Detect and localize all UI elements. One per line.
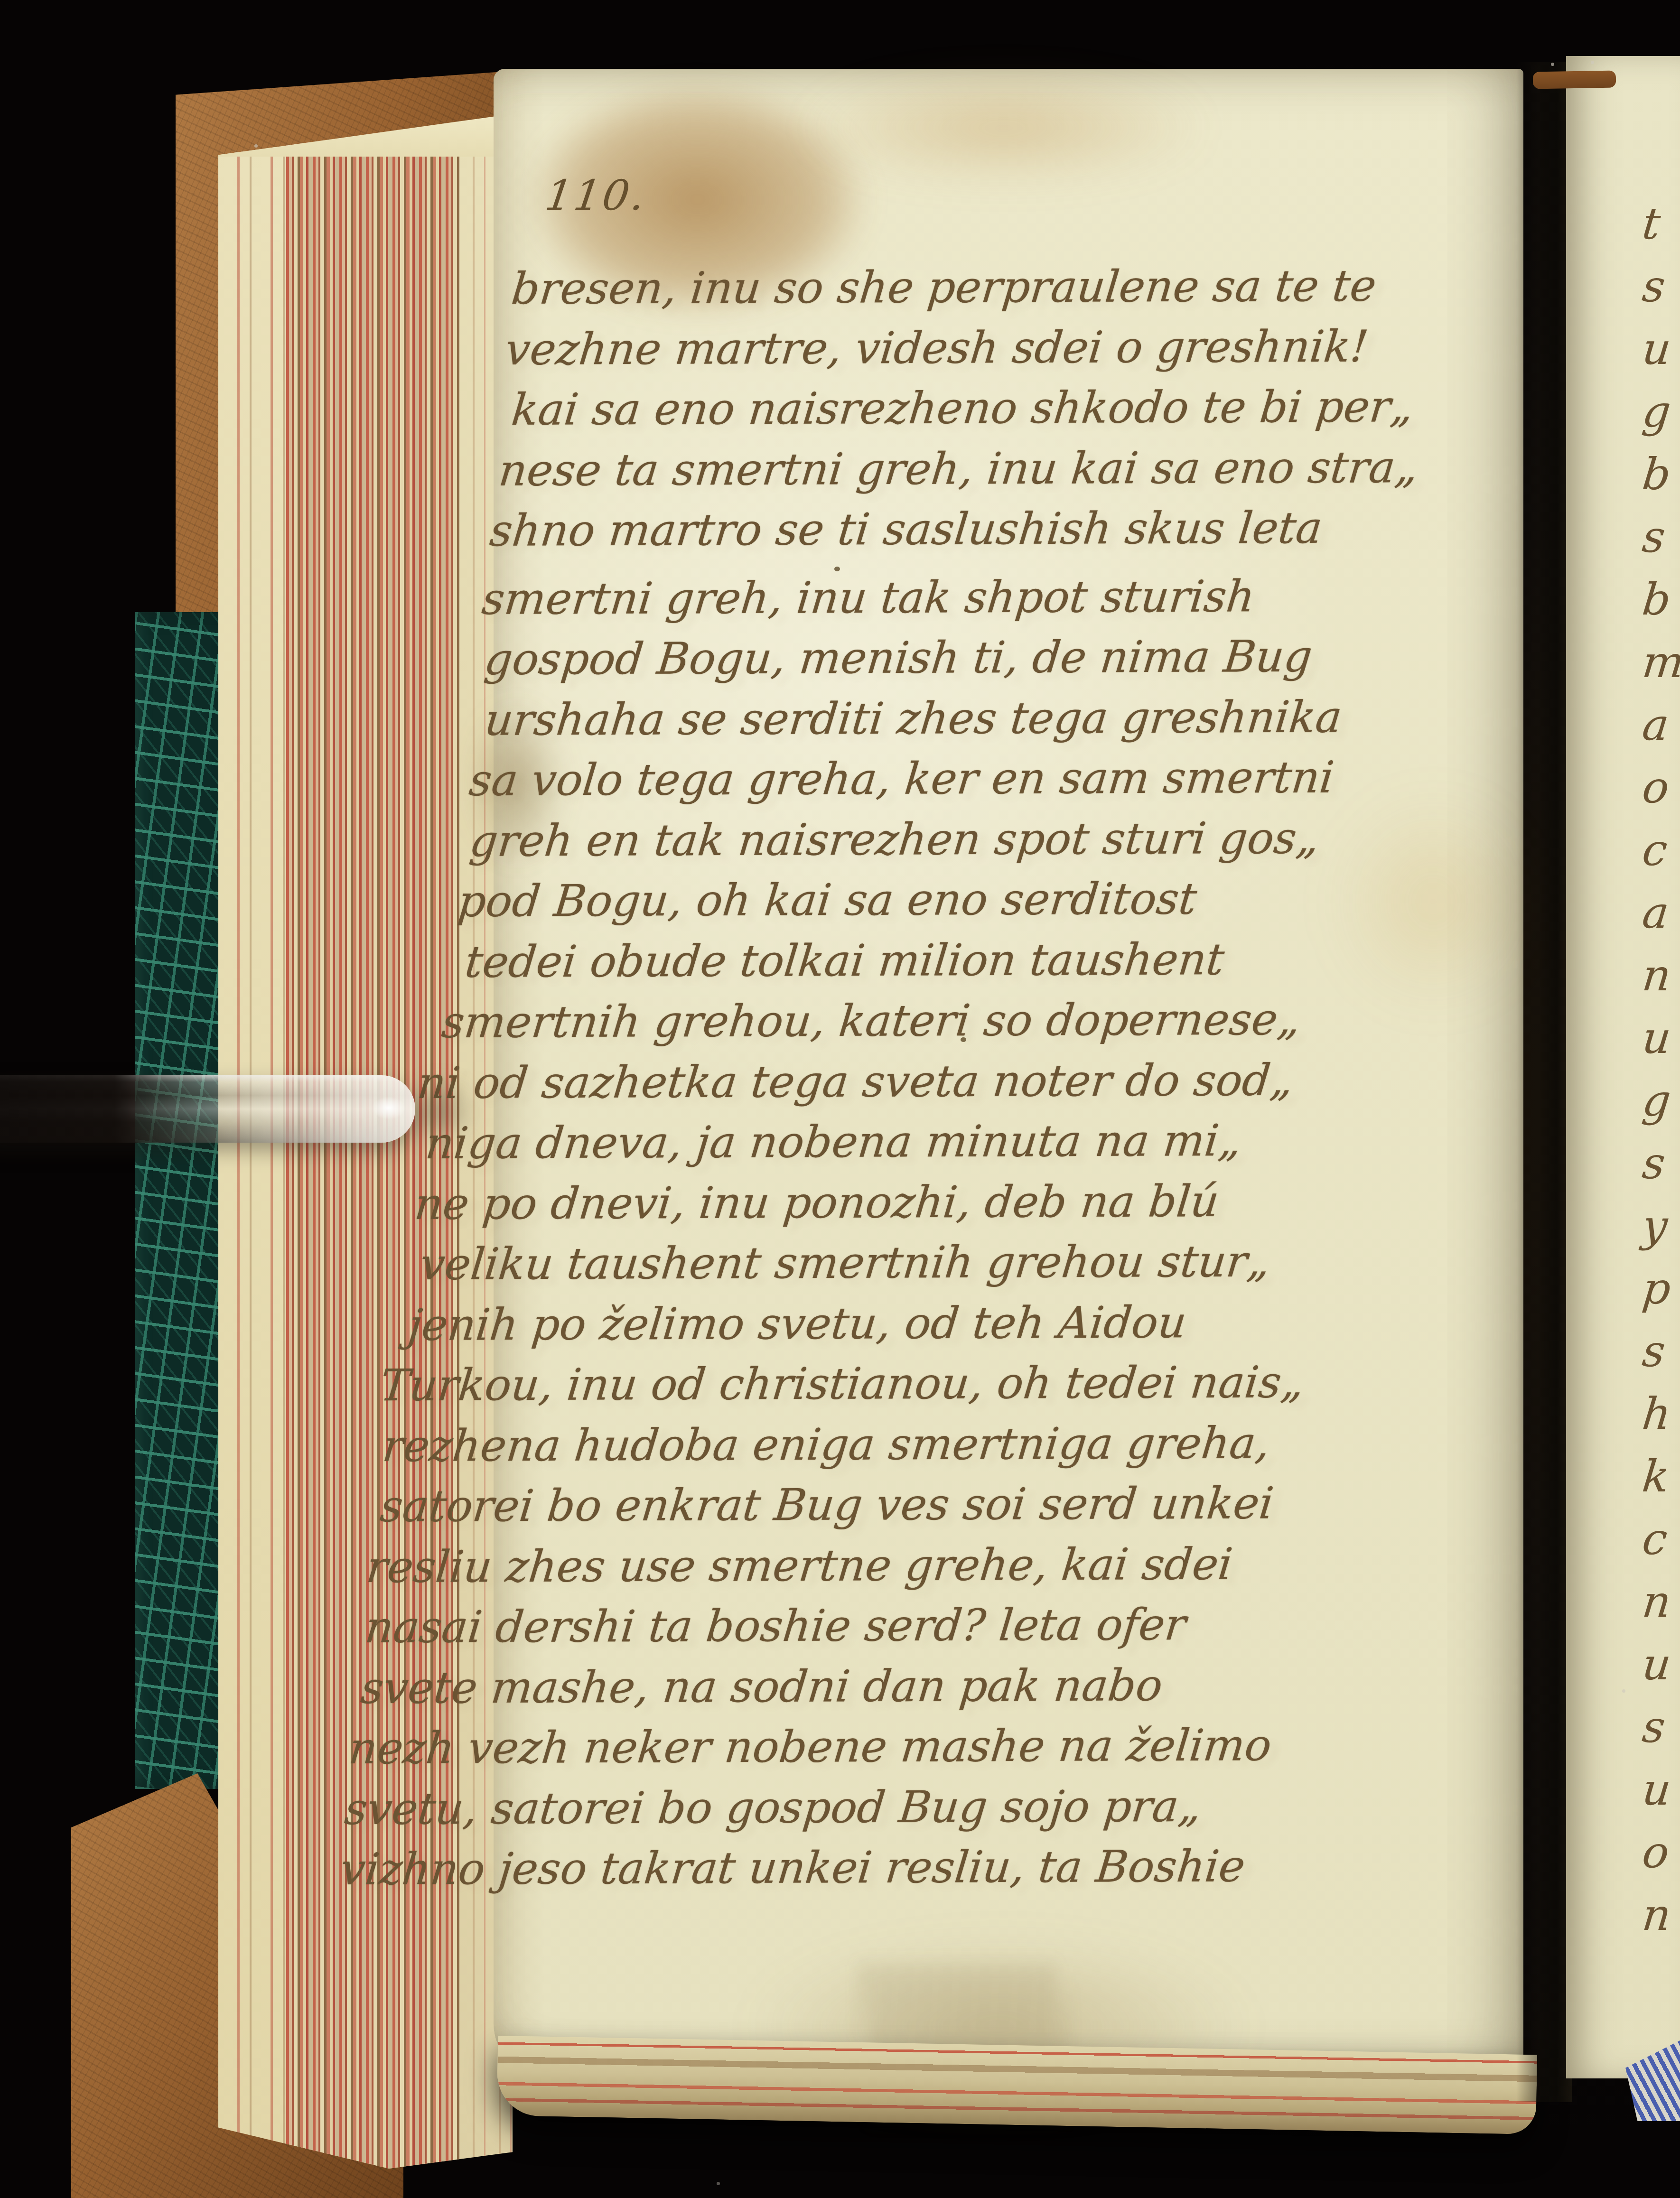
text-line: ni od sazhetka tega sveta noter do sod„	[415, 1049, 1446, 1113]
text-fragment: p	[1639, 1263, 1680, 1326]
text-fragment: y	[1639, 1201, 1680, 1263]
text-fragment: s	[1639, 1702, 1680, 1764]
text-fragment: b	[1639, 574, 1680, 637]
dust-speck	[1591, 61, 1594, 64]
water-stain-top-right	[731, 57, 1277, 199]
dust-speck	[254, 144, 258, 148]
text-line: niga dneva, ja nobena minuta na mi„	[423, 1110, 1439, 1174]
text-line: Turkou, inu od christianou, oh tedei nai…	[377, 1352, 1415, 1416]
text-fragment: s	[1639, 261, 1680, 324]
text-fragment: c	[1639, 1514, 1680, 1576]
text-line: nezh vezh neker nobene mashe na želimo	[346, 1715, 1378, 1779]
gutter-shadow	[1516, 62, 1572, 2102]
facing-page-text-fragments: tsugbsbmaocanugsypshkcnusuon	[1642, 198, 1680, 1952]
text-line: tedei obude tolkai milion taushent	[462, 928, 1458, 992]
text-line: urshaha se serditi zhes tega greshnika	[482, 686, 1483, 750]
text-line: satorei bo enkrat Bug ves soi serd unkei	[377, 1473, 1402, 1537]
text-fragment: u	[1639, 1764, 1680, 1827]
text-line: smertnih grehou, kateri so dopernese„	[439, 989, 1452, 1053]
text-fragment: a	[1639, 887, 1680, 950]
text-line: nasai dershi ta boshie serd? leta ofer	[362, 1594, 1390, 1658]
dust-speck	[717, 2182, 720, 2185]
fore-edge-outer-pages	[218, 147, 286, 2198]
text-line: resliu zhes use smertne grehe, kai sdei	[364, 1533, 1396, 1597]
text-line: svete mashe, na sodni dan pak nabo	[358, 1654, 1384, 1718]
text-fragment: b	[1639, 449, 1680, 512]
text-line: svetu, satorei bo gospod Bug sojo pra„	[342, 1775, 1372, 1839]
dust-speck	[1622, 1689, 1625, 1693]
text-fragment: n	[1639, 1576, 1680, 1639]
manuscript-photo: 110. bresen, inu so she perpraulene sa t…	[0, 0, 1680, 2198]
text-fragment: u	[1639, 324, 1680, 386]
text-fragment: s	[1639, 512, 1680, 574]
text-line: smertni greh, inu tak shpot sturish	[479, 565, 1495, 629]
text-fragment: m	[1639, 637, 1680, 699]
text-fragment: n	[1639, 950, 1680, 1013]
text-line: gospod Bogu, menish ti, de nima Bug	[482, 626, 1489, 690]
text-line: greh en tak naisrezhen spot sturi gos„	[467, 807, 1470, 871]
text-fragment: s	[1639, 1326, 1680, 1388]
facing-page: tsugbsbmaocanugsypshkcnusuon	[1566, 56, 1680, 2078]
text-fragment: u	[1639, 1639, 1680, 1702]
spine-top-leather	[1533, 70, 1616, 89]
text-fragment: g	[1639, 386, 1680, 449]
text-line: sa volo tega greha, ker en sam smertni	[467, 747, 1476, 811]
text-fragment: o	[1639, 1827, 1680, 1890]
text-fragment: g	[1639, 1075, 1680, 1138]
text-line: kai sa eno naisrezheno shkodo te bi per„	[509, 376, 1514, 440]
text-fragment: u	[1639, 1013, 1680, 1075]
text-line: veliku taushent smertnih grehou stur„	[417, 1231, 1427, 1295]
text-fragment: a	[1639, 699, 1680, 762]
dust-speck	[1551, 63, 1554, 66]
text-fragment: s	[1639, 1138, 1680, 1201]
text-line: vizhno jeso takrat unkei resliu, ta Bosh…	[338, 1836, 1366, 1900]
glass-rod	[0, 1075, 415, 1143]
text-fragment: o	[1639, 762, 1680, 825]
text-line: pod Bogu, oh kai sa eno serditost	[455, 868, 1464, 932]
text-fragment: k	[1639, 1451, 1680, 1514]
text-fragment: h	[1639, 1388, 1680, 1451]
text-line: nese ta smertni greh, inu kai sa eno str…	[496, 437, 1508, 501]
text-line: jenih po želimo svetu, od teh Aidou	[405, 1291, 1421, 1355]
text-fragment: n	[1639, 1890, 1680, 1952]
text-line: bresen, inu so she perpraulene sa te te	[509, 255, 1526, 319]
text-line: rezhena hudoba eniga smertniga greha,	[380, 1412, 1409, 1476]
text-line: vezhne martre, videsh sdei o greshnik!	[503, 316, 1520, 380]
text-fragment: c	[1639, 825, 1680, 887]
page-number: 110.	[542, 171, 650, 220]
text-fragment: t	[1639, 198, 1680, 261]
manuscript-text: bresen, inu so she perpraulene sa te tev…	[348, 255, 1526, 1900]
text-line: ne po dnevi, inu ponozhi, deb na blú	[412, 1170, 1433, 1234]
text-line: shno martro se ti saslushish skus leta	[487, 497, 1502, 561]
